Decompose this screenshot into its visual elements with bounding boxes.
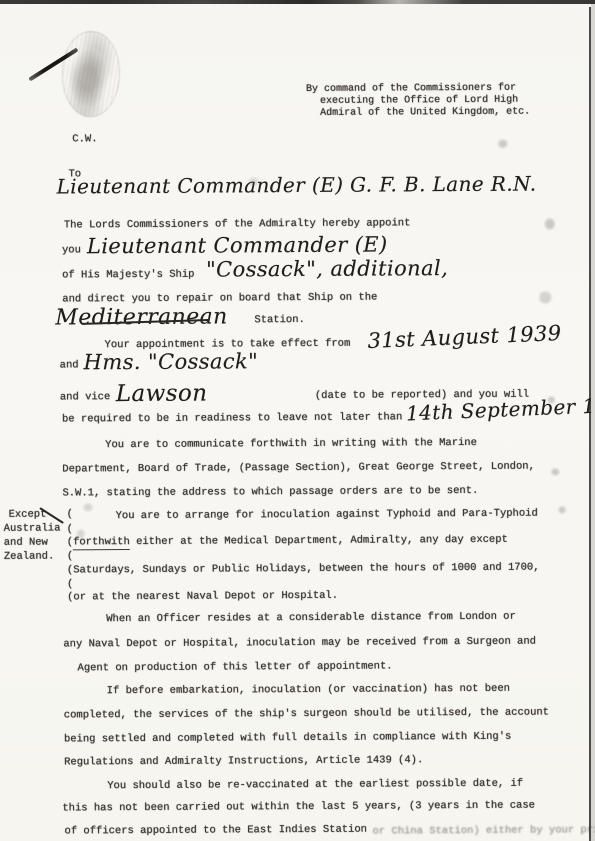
vaccination-faded-text: or China Station) either by your private (372, 824, 595, 838)
passage-line: You are to communicate forthwith in writ… (105, 437, 477, 451)
scan-smudge (249, 177, 259, 186)
admiralty-stamp (62, 31, 121, 117)
bracket-glyph: ( (67, 523, 73, 535)
station-label: Station. (254, 314, 304, 326)
scan-smudge (539, 291, 551, 303)
reference-code: C.W. (72, 133, 97, 145)
readiness-line: be required to be in readiness to leave … (62, 411, 402, 425)
vaccination-line: You should also be re-vaccinated at the … (107, 778, 523, 793)
repair-line: and direct you to repair on board that S… (62, 292, 377, 306)
station-handwritten: Mediterranean (55, 304, 228, 330)
margin-note-line: Zealand. (4, 550, 54, 562)
letter-content: By command of the Commissioners for exec… (0, 0, 595, 841)
by-command-line: Admiral of the United Kingdom, etc. (320, 107, 530, 120)
vaccination-line: this has not been carried out within the… (62, 800, 535, 815)
and-label: and (60, 359, 79, 371)
inoculation-line: You are to arrange for inoculation again… (116, 508, 538, 523)
embarkation-line: completed, the services of the ship's su… (64, 706, 549, 721)
effect-date-handwritten: 31st August 1939 (367, 321, 562, 353)
scan-smudge (551, 468, 559, 475)
scanned-letter-page: By command of the Commissioners for exec… (0, 0, 595, 841)
scan-smudge (77, 529, 85, 538)
vice-label: and vice (60, 391, 110, 403)
distance-line: any Naval Depot or Hospital, inoculation… (63, 636, 536, 651)
you-label: you (62, 244, 81, 256)
margin-note-line: and New (4, 537, 48, 549)
inoculation-line: (forthwith either at the Medical Departm… (67, 534, 508, 549)
distance-line: When an Officer resides at a considerabl… (106, 611, 516, 626)
bracket-glyph: ( (67, 578, 73, 590)
rank-handwritten: Lieutenant Commander (E) (87, 232, 388, 258)
embarkation-line: Regulations and Admiralty Instructions, … (64, 754, 423, 768)
bracket-glyph: ( (67, 508, 73, 520)
embarkation-line: If before embarkation, inoculation (or v… (107, 683, 510, 697)
appoint-line: The Lords Commissioners of the Admiralty… (64, 217, 411, 231)
scan-smudge (559, 506, 566, 513)
ship-label: of His Majesty's Ship (62, 269, 194, 282)
passage-line: S.W.1, stating the address to which pass… (62, 485, 478, 500)
passage-line: Department, Board of Trade, (Passage Sec… (62, 461, 535, 476)
scan-smudge (548, 396, 555, 403)
vaccination-line: of officers appointed to the East Indies… (64, 824, 367, 838)
vice-name-handwritten: Lawson (116, 381, 208, 408)
scan-smudge (498, 140, 507, 148)
addressee-handwritten: Lieutenant Commander (E) G. F. B. Lane R… (56, 172, 536, 199)
distance-line: Agent on production of this letter of ap… (77, 660, 392, 674)
scan-smudge (545, 218, 555, 229)
scan-smudge (84, 503, 93, 511)
inoculation-line: (or at the nearest Naval Depot or Hospit… (67, 590, 338, 604)
ship-handwritten: "Cossack", additional, (206, 256, 448, 281)
inoculation-line: (Saturdays, Sundays or Public Holidays, … (67, 562, 540, 577)
bracket-glyph: ( (67, 550, 73, 562)
margin-note-line: Australia (4, 522, 61, 534)
and-ship-handwritten: Hms. "Cossack" (84, 349, 259, 374)
embarkation-line: being settled and completed with full de… (64, 731, 511, 746)
